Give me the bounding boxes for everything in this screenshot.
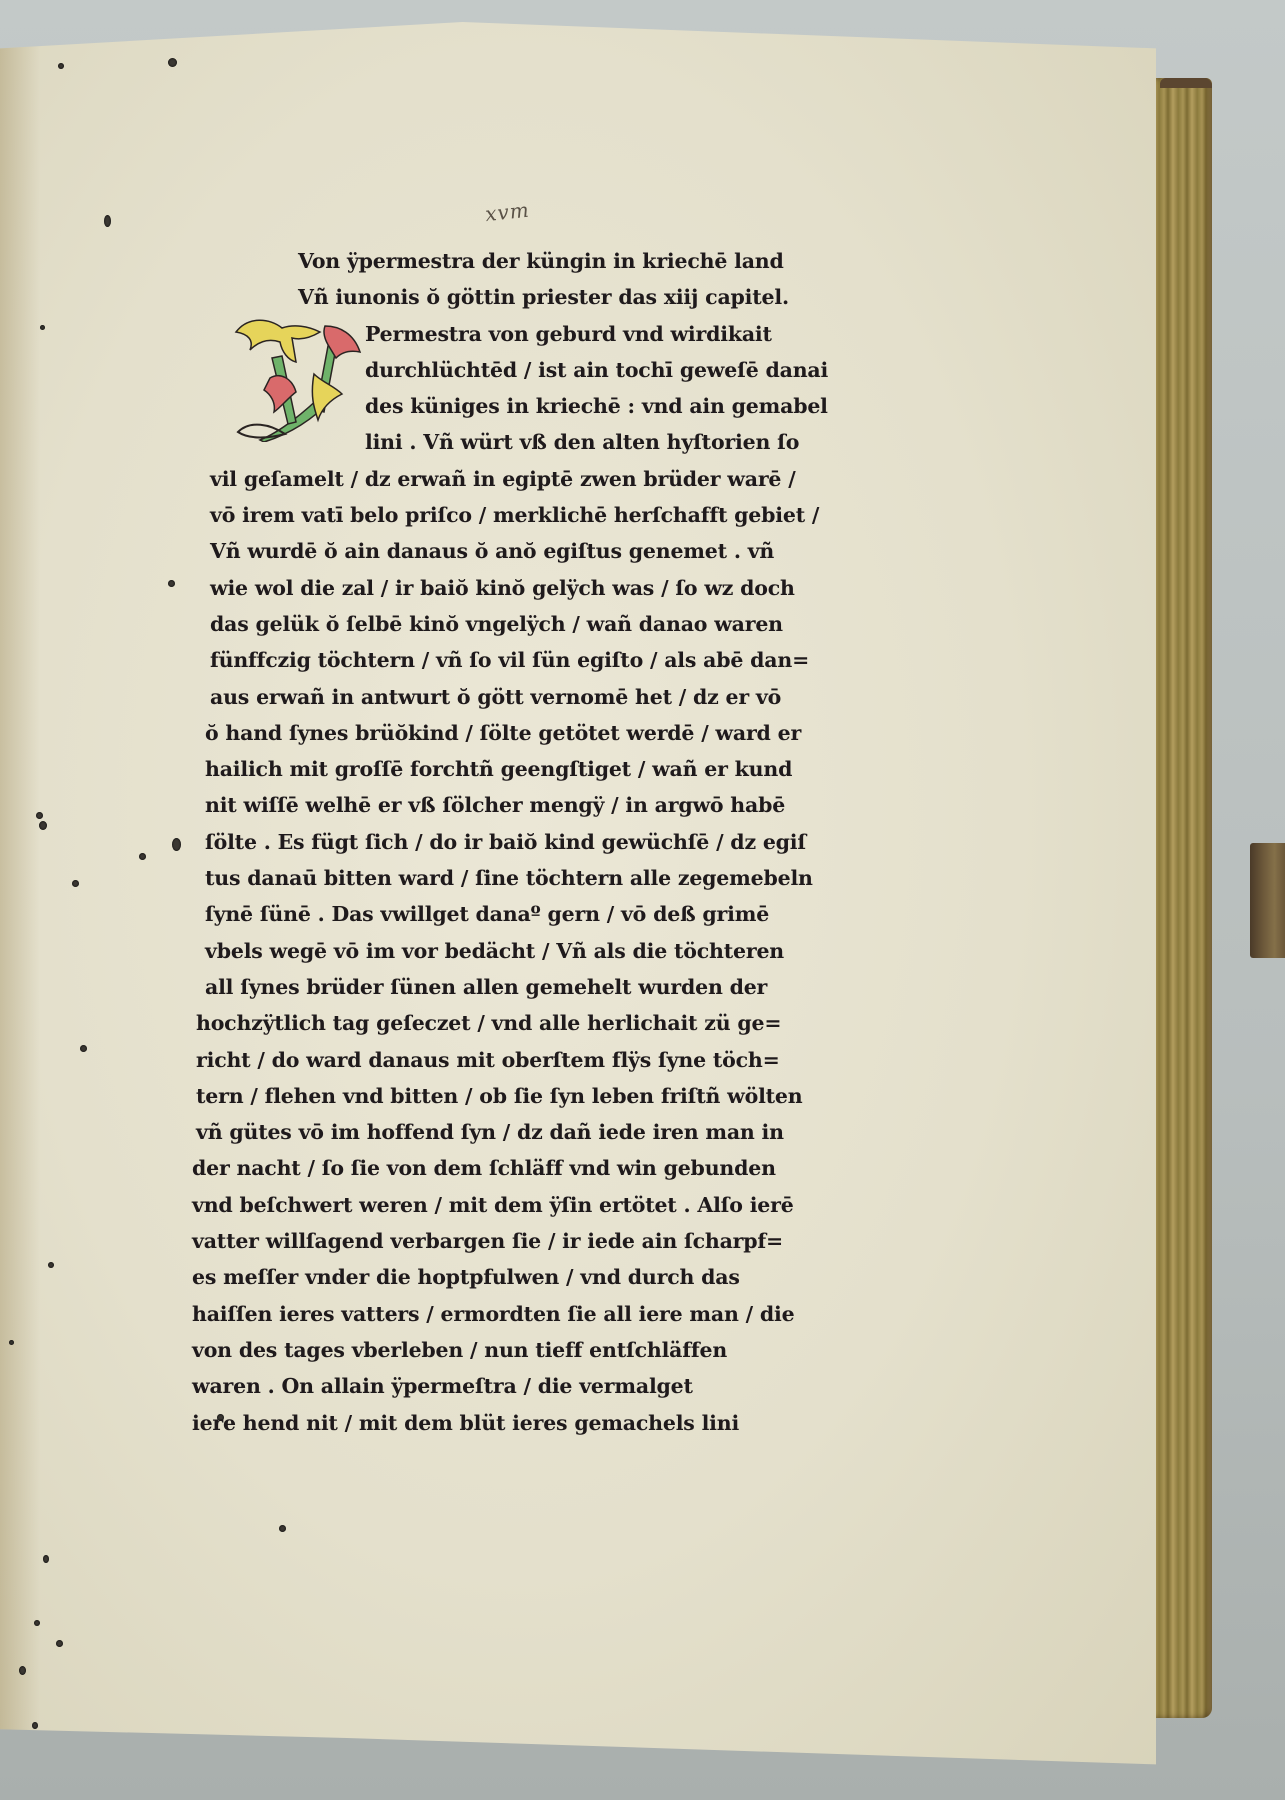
worm-hole xyxy=(279,1525,286,1532)
body-line: Permestra von geburd vnd wirdikait xyxy=(210,316,850,352)
body-line: ſynē ſünē . Das vwillget danaº gern / vō… xyxy=(205,896,850,932)
body-line: durchlüchtēd / ist ain tochī geweſē dana… xyxy=(210,352,850,388)
body-line: aus erwañ in antwurt ŏ gött vernomē het … xyxy=(210,679,850,715)
body-line: tus danaū bitten ward / ſine töchtern al… xyxy=(205,860,850,896)
worm-hole xyxy=(168,580,175,587)
body-line: der nacht / ſo ſie von dem ſchläff vnd w… xyxy=(192,1150,850,1186)
text-block: Von ÿpermestra der küngin in kriechē lan… xyxy=(210,243,850,1441)
body-line: fünffczig töchtern / vñ ſo vil ſün egiſt… xyxy=(210,642,850,678)
worm-hole xyxy=(172,838,181,851)
worm-hole xyxy=(43,1555,49,1563)
body-line: all ſynes brüder ſünen allen gemehelt wu… xyxy=(205,969,850,1005)
body-line: nit wiſſē welhē er vß ſölcher mengÿ / in… xyxy=(205,787,850,823)
body-line: wie wol die zal / ir baiŏ kinŏ gelÿch wa… xyxy=(210,570,850,606)
body-line: haiſſen ieres vatters / ermordten ſie al… xyxy=(192,1296,850,1332)
body-line: ſölte . Es fügt ſich / do ir baiŏ kind g… xyxy=(205,824,850,860)
body-line: es meſſer vnder die hoptpfulwen / vnd du… xyxy=(192,1259,850,1295)
body-line: das gelük ŏ ſelbē kinŏ vngelÿch / wañ da… xyxy=(210,606,850,642)
book-cover-corner xyxy=(1160,78,1212,88)
worm-hole xyxy=(34,1620,40,1626)
worm-hole xyxy=(72,880,79,887)
body-line: vatter willſagend verbargen ſie / ir ied… xyxy=(192,1223,850,1259)
book-clasp xyxy=(1250,843,1285,958)
body-line: vñ gütes vō im hoffend ſyn / dz dañ iede… xyxy=(196,1114,850,1150)
body-line: tern / flehen vnd bitten / ob ſie ſyn le… xyxy=(196,1078,850,1114)
body-line: vbels wegē vō im vor bedächt / Vñ als di… xyxy=(205,933,850,969)
worm-hole xyxy=(139,853,146,860)
body-line: vnd beſchwert weren / mit dem ÿſin ertöt… xyxy=(192,1187,850,1223)
body-line: lini . Vñ würt vß den alten hyſtorien ſo xyxy=(210,424,850,460)
body-line: hochzÿtlich tag geſeczet / vnd alle herl… xyxy=(196,1005,850,1041)
body-line: waren . On allain ÿpermeſtra / die verma… xyxy=(192,1368,850,1404)
worm-hole xyxy=(80,1045,87,1052)
worm-hole xyxy=(36,812,43,819)
worm-hole xyxy=(58,63,64,69)
body-line: hailich mit groſſē forchtñ geengſtiget /… xyxy=(205,751,850,787)
worm-hole xyxy=(104,215,111,227)
worm-hole xyxy=(40,325,45,330)
page-gutter-shadow xyxy=(0,22,40,1782)
worm-hole xyxy=(32,1722,38,1729)
body-line: ŏ hand ſynes brüŏkind / ſölte getötet we… xyxy=(205,715,850,751)
worm-hole xyxy=(19,1666,26,1675)
body-line: richt / do ward danaus mit oberſtem flÿs… xyxy=(196,1042,850,1078)
worm-hole xyxy=(9,1340,14,1345)
body-line: vō irem vatī belo priſco / merklichē her… xyxy=(210,497,850,533)
worm-hole xyxy=(39,821,47,830)
worm-hole xyxy=(168,58,177,67)
chapter-heading-line-1: Von ÿpermestra der küngin in kriechē lan… xyxy=(210,243,850,279)
worm-hole xyxy=(48,1262,54,1268)
body-line: Vñ wurdē ŏ ain danaus ŏ anŏ egiſtus gene… xyxy=(210,533,850,569)
worm-hole xyxy=(56,1640,63,1647)
chapter-heading-line-2: Vñ iunonis ŏ göttin priester das xiij ca… xyxy=(210,279,850,315)
body-line: iere hend nit / mit dem blüt ieres gemac… xyxy=(192,1405,850,1441)
body-line: von des tages vberleben / nun tieff entſ… xyxy=(192,1332,850,1368)
body-line: vil geſamelt / dz erwañ in egiptē zwen b… xyxy=(210,461,850,497)
body-line: des küniges in kriechē : vnd ain gemabel xyxy=(210,388,850,424)
